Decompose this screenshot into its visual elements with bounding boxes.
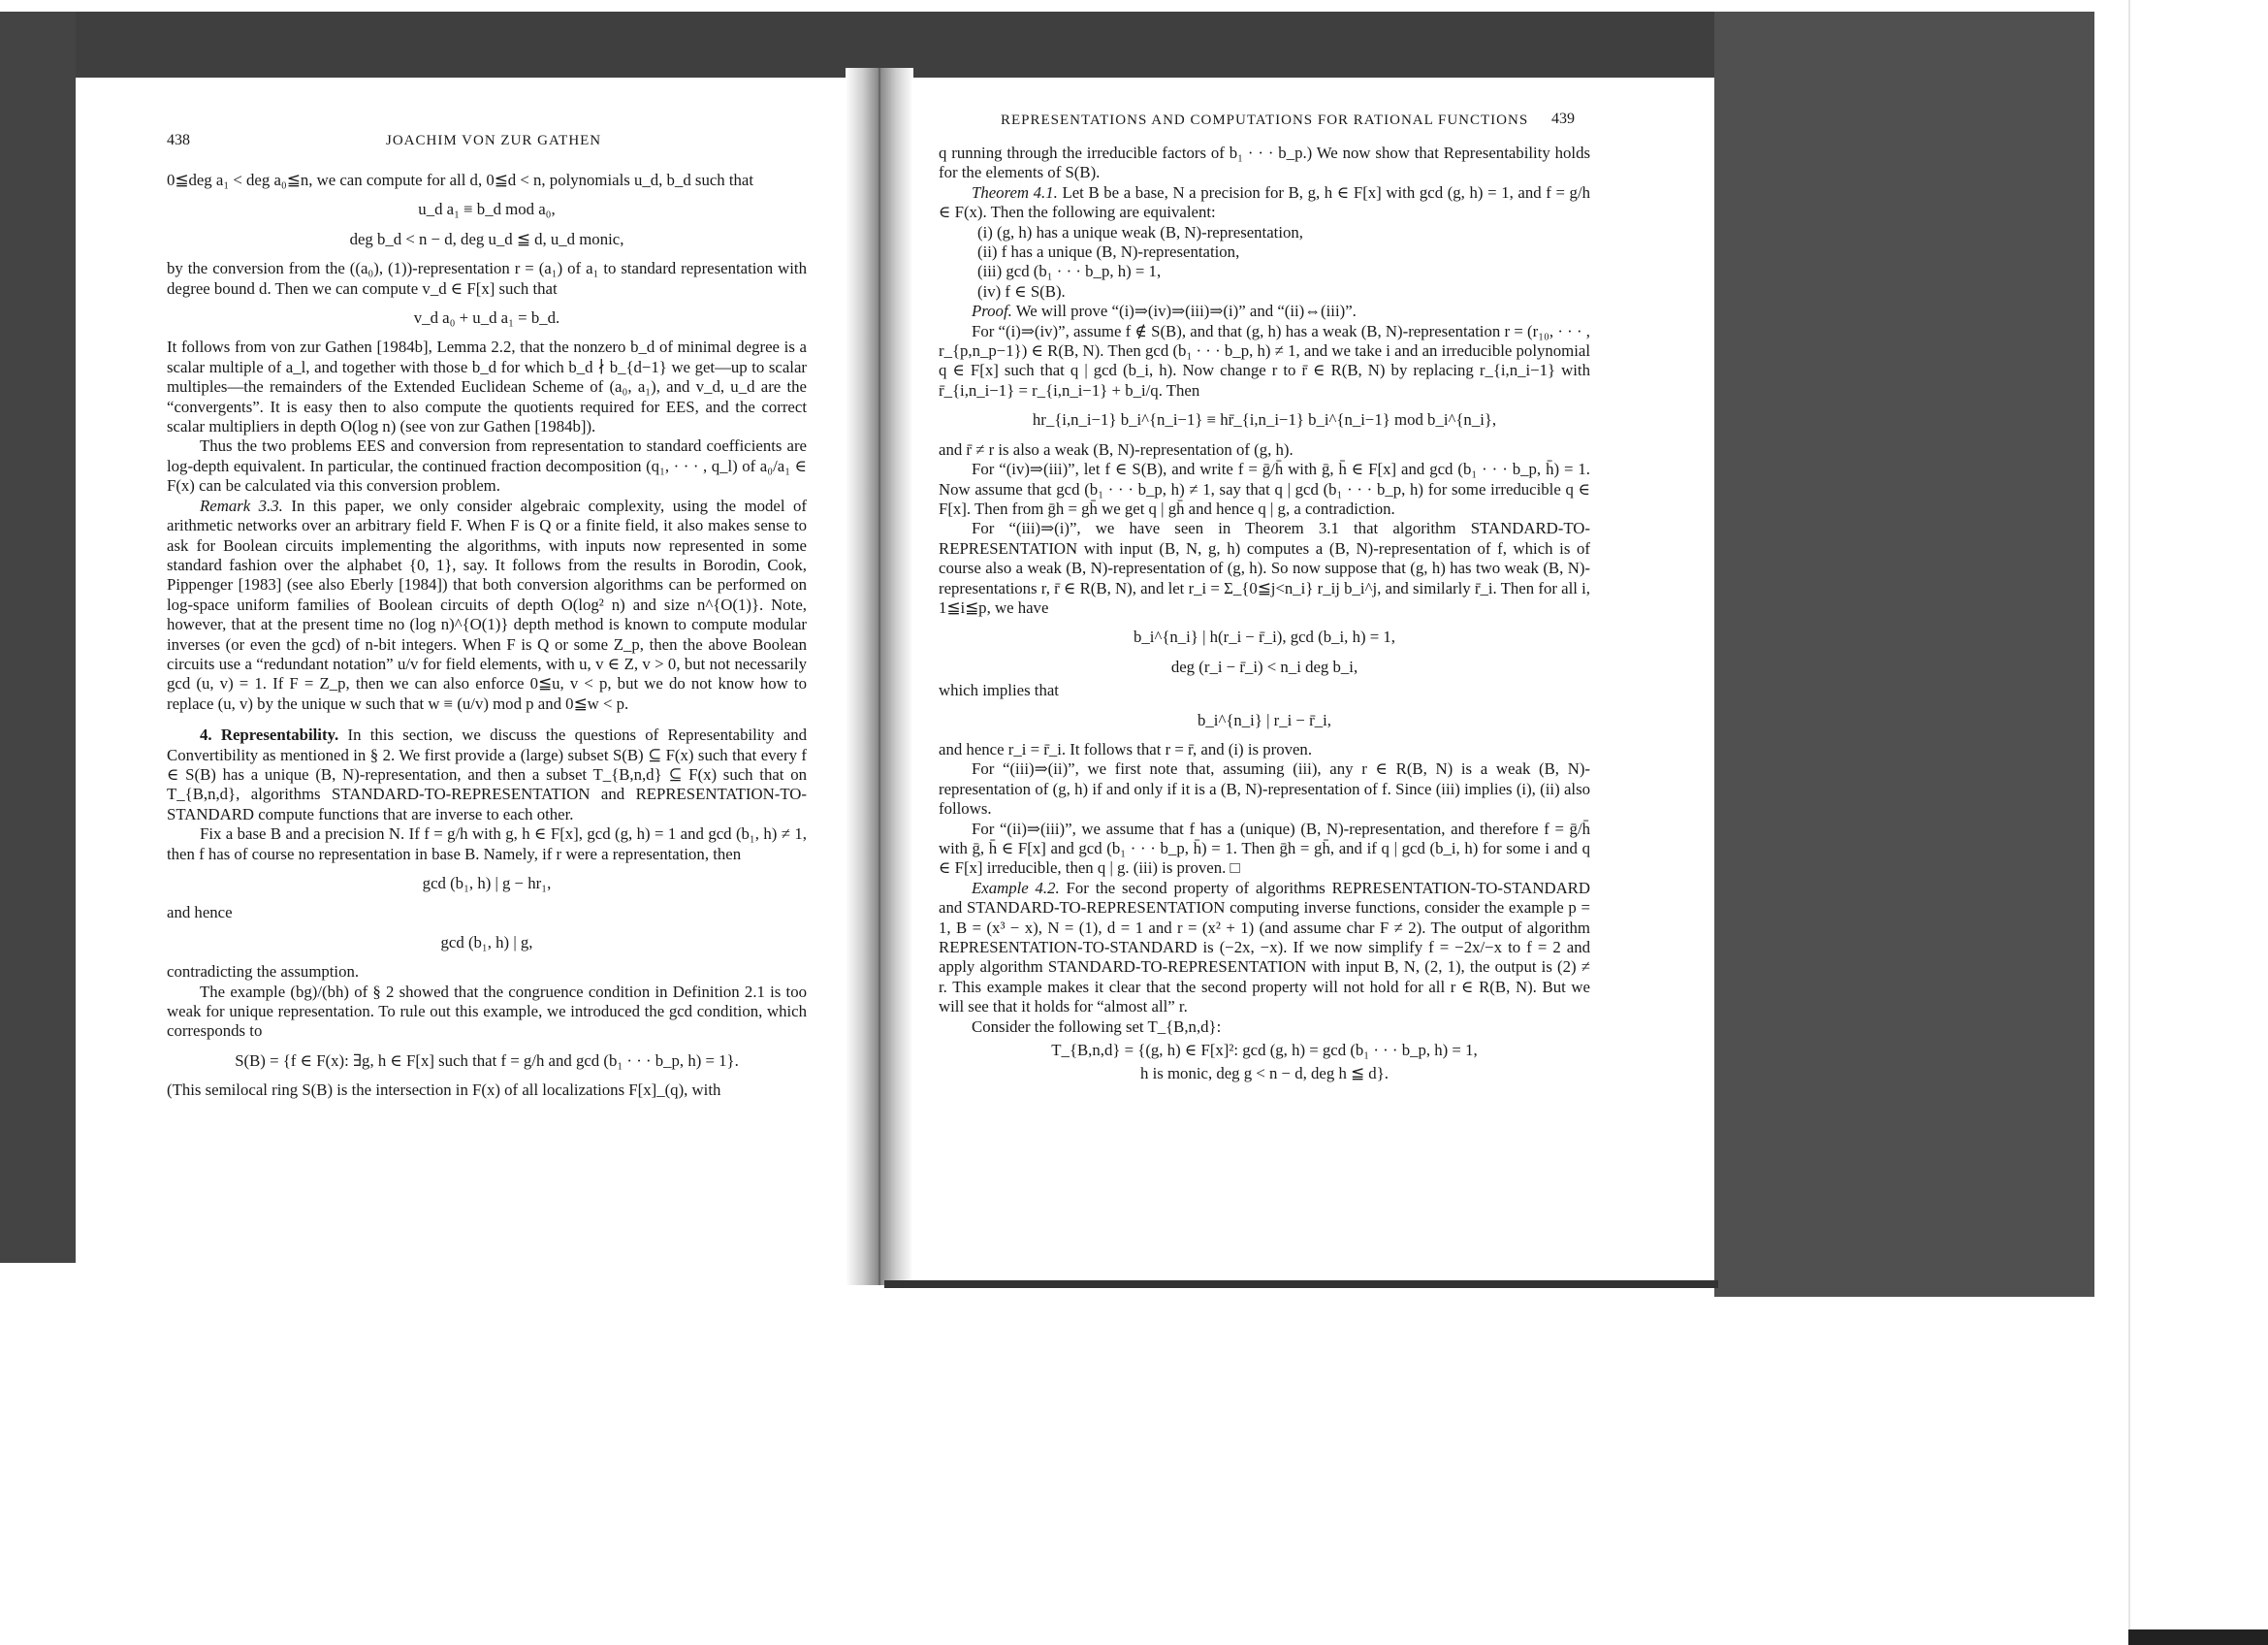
paragraph-text: q running through the irreducible factor… xyxy=(939,144,1590,181)
paragraph: and hence xyxy=(167,903,807,922)
paragraph-text: b_i^{n_i} | h(r_i − r̄_i), gcd (b_i, h) … xyxy=(1134,628,1395,646)
paragraph: Thus the two problems EES and conversion… xyxy=(167,436,807,496)
display-equation: gcd (b₁, h) | g, xyxy=(167,933,807,952)
paragraph-lead: Proof. xyxy=(972,302,1012,320)
paragraph-lead: Theorem 4.1. xyxy=(972,183,1058,202)
paragraph-text: and r̄ ≠ r is also a weak (B, N)-represe… xyxy=(939,440,1294,459)
paragraph: Example 4.2. For the second property of … xyxy=(939,879,1590,1017)
display-equation: deg (r_i − r̄_i) < n_i deg b_i, xyxy=(939,658,1590,677)
paragraph: by the conversion from the ((a₀), (1))-r… xyxy=(167,259,807,299)
display-equation: v_d a₀ + u_d a₁ = b_d. xyxy=(167,308,807,328)
display-equation: gcd (b₁, h) | g − hr₁, xyxy=(167,874,807,893)
paragraph: For “(iii)⇒(i)”, we have seen in Theorem… xyxy=(939,519,1590,618)
paragraph-text: (This semilocal ring S(B) is the interse… xyxy=(167,1081,720,1099)
list-item: (i) (g, h) has a unique weak (B, N)-repr… xyxy=(939,223,1590,242)
paragraph-text: gcd (b₁, h) | g, xyxy=(441,933,533,952)
paragraph: Fix a base B and a precision N. If f = g… xyxy=(167,824,807,864)
paragraph-text: hr_{i,n_i−1} b_i^{n_i−1} ≡ hr̄_{i,n_i−1}… xyxy=(1033,410,1496,429)
left-page: 438 JOACHIM VON ZUR GATHEN 0≦deg a₁ < de… xyxy=(76,78,851,1266)
paragraph-text: Thus the two problems EES and conversion… xyxy=(167,436,807,495)
paragraph-text: For “(i)⇒(iv)”, assume f ∉ S(B), and tha… xyxy=(939,322,1590,400)
display-equation: hr_{i,n_i−1} b_i^{n_i−1} ≡ hr̄_{i,n_i−1}… xyxy=(939,410,1590,430)
page-number: 439 xyxy=(1551,111,1575,128)
paragraph-text: For “(iv)⇒(iii)”, let f ∈ S(B), and writ… xyxy=(939,460,1590,518)
spacer xyxy=(167,714,807,726)
paragraph: and hence r_i = r̄_i. It follows that r … xyxy=(939,740,1590,759)
paragraph-text: and hence r_i = r̄_i. It follows that r … xyxy=(939,740,1312,758)
paragraph-lead: Remark 3.3. xyxy=(200,497,283,515)
paragraph-text: Fix a base B and a precision N. If f = g… xyxy=(167,824,807,862)
paragraph-text: In this paper, we only consider algebrai… xyxy=(167,497,807,713)
paragraph-text: For “(iii)⇒(ii)”, we first note that, as… xyxy=(939,759,1590,818)
paragraph-text: For “(iii)⇒(i)”, we have seen in Theorem… xyxy=(939,519,1590,617)
paragraph: For “(iv)⇒(iii)”, let f ∈ S(B), and writ… xyxy=(939,460,1590,519)
paragraph-text: For the second property of algorithms RE… xyxy=(939,879,1590,1016)
paragraph-text: h is monic, deg g < n − d, deg h ≦ d}. xyxy=(1140,1064,1389,1082)
paragraph-text: u_d a₁ ≡ b_d mod a₀, xyxy=(418,200,555,218)
running-head: JOACHIM VON ZUR GATHEN xyxy=(386,133,601,149)
paragraph: Theorem 4.1. Let B be a base, N a precis… xyxy=(939,183,1590,223)
paragraph-lead: Example 4.2. xyxy=(972,879,1060,897)
paragraph-text: and hence xyxy=(167,903,233,921)
display-equation: deg b_d < n − d, deg u_d ≦ d, u_d monic, xyxy=(167,230,807,249)
list-item: (iii) gcd (b₁ · · · b_p, h) = 1, xyxy=(939,262,1590,281)
scan-shadow-right xyxy=(1714,12,2094,1297)
scanner-corner-mark xyxy=(2128,1629,2268,1645)
paragraph: contradicting the assumption. xyxy=(167,962,807,982)
paragraph-lead: 4. Representability. xyxy=(200,726,338,744)
paragraph: It follows from von zur Gathen [1984b], … xyxy=(167,338,807,436)
paragraph-text: gcd (b₁, h) | g − hr₁, xyxy=(423,874,552,892)
paragraph-text: S(B) = {f ∈ F(x): ∃g, h ∈ F[x] such that… xyxy=(235,1051,739,1070)
paragraph: and r̄ ≠ r is also a weak (B, N)-represe… xyxy=(939,440,1590,460)
paragraph-text: contradicting the assumption. xyxy=(167,962,359,981)
paragraph-text: v_d a₀ + u_d a₁ = b_d. xyxy=(414,308,559,327)
paragraph-text: 0≦deg a₁ < deg a₀≦n, we can compute for … xyxy=(167,171,753,189)
paragraph-text: by the conversion from the ((a₀), (1))-r… xyxy=(167,259,807,297)
paragraph-text: (iii) gcd (b₁ · · · b_p, h) = 1, xyxy=(977,262,1161,280)
page-number: 438 xyxy=(167,132,190,149)
scanner-edge-line xyxy=(2128,0,2130,1645)
paragraph-text: The example (bg)/(bh) of § 2 showed that… xyxy=(167,983,807,1041)
page-bottom-edge xyxy=(884,1280,1718,1288)
list-item: (iv) f ∈ S(B). xyxy=(939,282,1590,302)
paragraph-text: Consider the following set T_{B,n,d}: xyxy=(972,1017,1221,1036)
paragraph-text: It follows from von zur Gathen [1984b], … xyxy=(167,338,807,435)
list-item: (ii) f has a unique (B, N)-representatio… xyxy=(939,242,1590,262)
paragraph-text: T_{B,n,d} = {(g, h) ∈ F[x]²: gcd (g, h) … xyxy=(1051,1041,1477,1059)
paragraph-text: (ii) f has a unique (B, N)-representatio… xyxy=(977,242,1239,261)
running-head: REPRESENTATIONS AND COMPUTATIONS FOR RAT… xyxy=(1001,113,1528,129)
paragraph-text: deg (r_i − r̄_i) < n_i deg b_i, xyxy=(1171,658,1358,676)
right-page: REPRESENTATIONS AND COMPUTATIONS FOR RAT… xyxy=(911,78,1714,1285)
text-column: q running through the irreducible factor… xyxy=(939,144,1590,1088)
book-spine-shadow xyxy=(846,68,913,1285)
display-equation: b_i^{n_i} | r_i − r̄_i, xyxy=(939,711,1590,730)
paragraph: 0≦deg a₁ < deg a₀≦n, we can compute for … xyxy=(167,171,807,190)
paragraph: 4. Representability. In this section, we… xyxy=(167,726,807,824)
paragraph: Proof. We will prove “(i)⇒(iv)⇒(iii)⇒(i)… xyxy=(939,302,1590,321)
text-column: 0≦deg a₁ < deg a₀≦n, we can compute for … xyxy=(167,171,807,1101)
paragraph: (This semilocal ring S(B) is the interse… xyxy=(167,1081,807,1100)
display-equation: b_i^{n_i} | h(r_i − r̄_i), gcd (b_i, h) … xyxy=(939,628,1590,647)
scan-shadow-left xyxy=(0,12,76,1263)
paragraph: For “(ii)⇒(iii)”, we assume that f has a… xyxy=(939,820,1590,879)
paragraph-text: We will prove “(i)⇒(iv)⇒(iii)⇒(i)” and “… xyxy=(1012,302,1357,320)
paragraph: For “(i)⇒(iv)”, assume f ∉ S(B), and tha… xyxy=(939,322,1590,402)
display-equation: h is monic, deg g < n − d, deg h ≦ d}. xyxy=(939,1064,1590,1083)
paragraph-text: (i) (g, h) has a unique weak (B, N)-repr… xyxy=(977,223,1303,242)
paragraph: q running through the irreducible factor… xyxy=(939,144,1590,183)
paragraph-text: deg b_d < n − d, deg u_d ≦ d, u_d monic, xyxy=(350,230,624,248)
paragraph: Remark 3.3. In this paper, we only consi… xyxy=(167,497,807,714)
display-equation: S(B) = {f ∈ F(x): ∃g, h ∈ F[x] such that… xyxy=(167,1051,807,1071)
paragraph-text: For “(ii)⇒(iii)”, we assume that f has a… xyxy=(939,820,1590,878)
paragraph-text: (iv) f ∈ S(B). xyxy=(977,282,1066,301)
paragraph-text: which implies that xyxy=(939,681,1059,699)
display-equation: u_d a₁ ≡ b_d mod a₀, xyxy=(167,200,807,219)
paragraph: For “(iii)⇒(ii)”, we first note that, as… xyxy=(939,759,1590,819)
paragraph-text: b_i^{n_i} | r_i − r̄_i, xyxy=(1198,711,1331,729)
paragraph: The example (bg)/(bh) of § 2 showed that… xyxy=(167,983,807,1042)
paragraph: which implies that xyxy=(939,681,1590,700)
paragraph: Consider the following set T_{B,n,d}: xyxy=(939,1017,1590,1037)
display-equation: T_{B,n,d} = {(g, h) ∈ F[x]²: gcd (g, h) … xyxy=(939,1041,1590,1060)
